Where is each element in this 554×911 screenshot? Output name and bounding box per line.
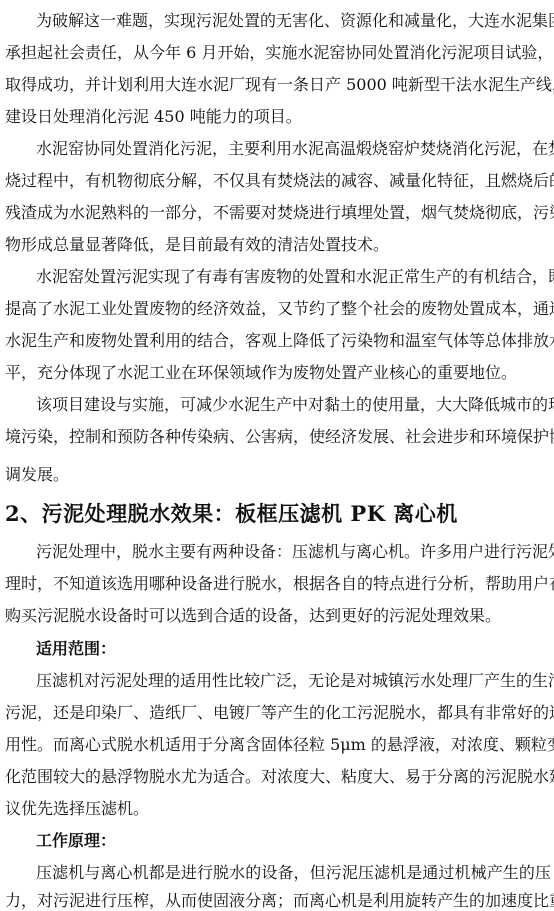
paragraph-2-line-3: 残渣成为水泥熟料的一部分，不需要对焚烧进行填埋处置，烟气焚烧彻底，污染 — [5, 202, 551, 224]
paragraph-4-line-3: 调发展。 — [5, 464, 551, 486]
subheading-principle: 工作原理： — [36, 830, 116, 852]
paragraph-2-line-1: 水泥窑协同处置消化污泥，主要利用水泥高温煅烧窑炉焚烧消化污泥，在焚 — [36, 138, 551, 160]
paragraph-2-line-2: 烧过程中，有机物彻底分解，不仅具有焚烧法的减容、减量化特征，且燃烧后的 — [5, 170, 551, 192]
scope-line-2: 污泥，还是印染厂、造纸厂、电镀厂等产生的化工污泥脱水，都具有非常好的适 — [5, 702, 551, 724]
paragraph-3-line-4: 平，充分体现了水泥工业在环保领域作为废物处置产业核心的重要地位。 — [5, 362, 551, 384]
paragraph-1-line-2: 承担起社会责任，从今年 6 月开始，实施水泥窑协同处置消化污泥项目试验，并 — [5, 42, 551, 64]
scope-line-5: 议优先选择压滤机。 — [5, 798, 551, 820]
paragraph-1-line-4: 建设日处理消化污泥 450 吨能力的项目。 — [5, 106, 551, 128]
paragraph-2-line-4: 物形成总量显著降低，是目前最有效的清洁处置技术。 — [5, 234, 551, 256]
scope-line-4: 化范围较大的悬浮物脱水尤为适合。对浓度大、粘度大、易于分离的污泥脱水建 — [5, 766, 551, 788]
intro-line-1: 污泥处理中，脱水主要有两种设备：压滤机与离心机。许多用户进行污泥处 — [36, 541, 551, 563]
paragraph-1-line-3: 取得成功，并计划利用大连水泥厂现有一条日产 5000 吨新型干法水泥生产线， — [5, 74, 551, 96]
intro-line-2: 理时，不知道该选用哪种设备进行脱水，根据各自的特点进行分析，帮助用户在 — [5, 573, 551, 595]
scope-line-3: 用性。而离心式脱水机适用于分离含固体径粒 5μm 的悬浮液，对浓度、颗粒变 — [5, 734, 551, 756]
section-heading: 2、污泥处理脱水效果：板框压滤机 PK 离心机 — [5, 500, 458, 528]
document-page: 为破解这一难题，实现污泥处置的无害化、资源化和减量化，大连水泥集团 承担起社会责… — [0, 0, 554, 911]
paragraph-3-line-3: 水泥生产和废物处置利用的结合，客观上降低了污染物和温室气体等总体排放水 — [5, 330, 551, 352]
paragraph-1-line-1: 为破解这一难题，实现污泥处置的无害化、资源化和减量化，大连水泥集团 — [36, 10, 551, 32]
principle-line-2: 力，对污泥进行压榨，从而使固液分离；而离心机是利用旋转产生的加速度比重 — [5, 890, 551, 911]
paragraph-4-line-2: 境污染，控制和预防各种传染病、公害病，使经济发展、社会进步和环境保护协 — [5, 426, 551, 448]
paragraph-3-line-2: 提高了水泥工业处置废物的经济效益，又节约了整个社会的废物处置成本，通过 — [5, 298, 551, 320]
subheading-scope: 适用范围： — [36, 638, 116, 660]
scope-line-1: 压滤机对污泥处理的适用性比较广泛，无论是对城镇污水处理厂产生的生活 — [36, 670, 551, 692]
principle-line-1: 压滤机与离心机都是进行脱水的设备，但污泥压滤机是通过机械产生的压 — [36, 862, 551, 884]
intro-line-3: 购买污泥脱水设备时可以选到合适的设备，达到更好的污泥处理效果。 — [5, 605, 551, 627]
paragraph-3-line-1: 水泥窑处置污泥实现了有毒有害废物的处置和水泥正常生产的有机结合，既 — [36, 266, 551, 288]
paragraph-4-line-1: 该项目建设与实施，可减少水泥生产中对黏土的使用量，大大降低城市的环 — [36, 394, 551, 416]
